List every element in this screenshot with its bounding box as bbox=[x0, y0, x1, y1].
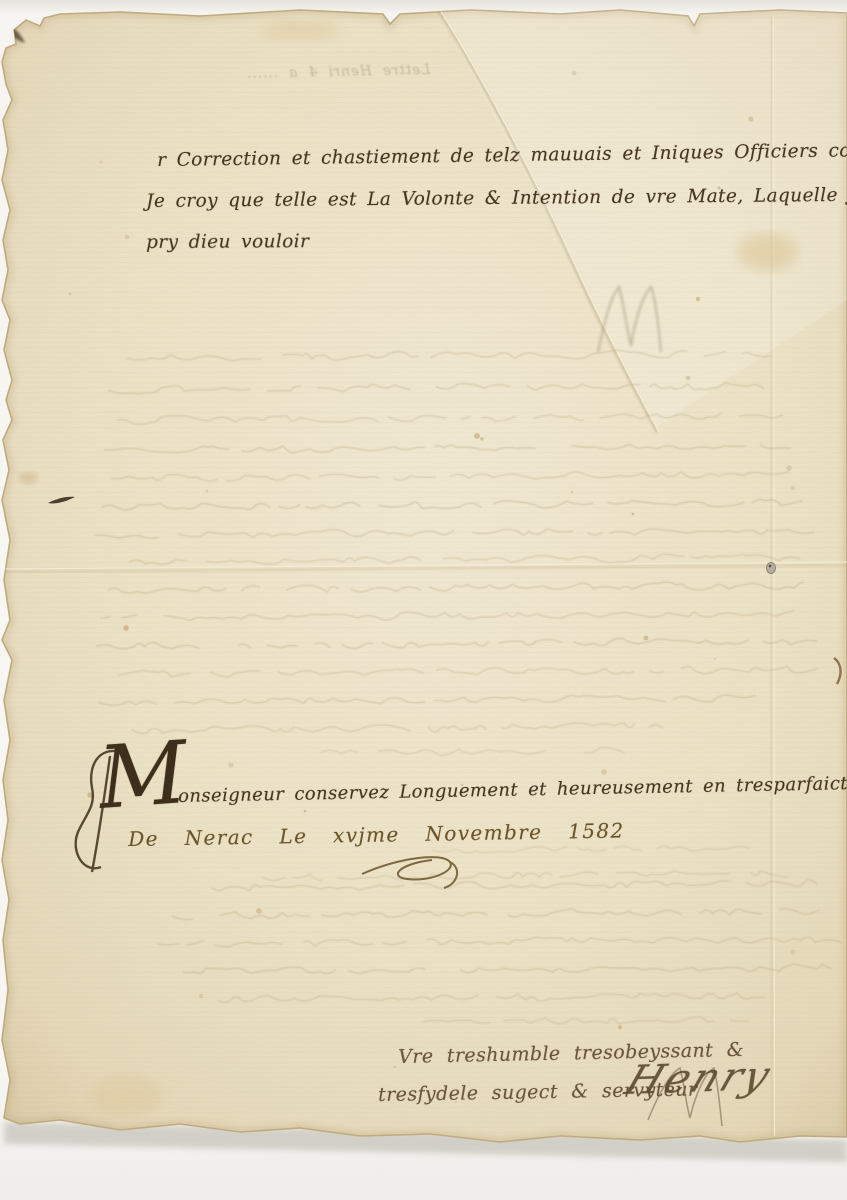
manuscript-line-3: pry dieu vouloir bbox=[146, 231, 309, 253]
scanned-letter-page: Lettre Henri 4 a ...... r Correction et … bbox=[0, 0, 847, 1200]
stain bbox=[19, 472, 37, 484]
closing-monogram: M bbox=[96, 730, 190, 822]
stain bbox=[260, 20, 340, 40]
signature: Henry bbox=[619, 1053, 779, 1104]
fold-hole-speck bbox=[769, 565, 772, 568]
stain bbox=[92, 1076, 164, 1116]
stain bbox=[738, 233, 798, 271]
paper-artwork bbox=[0, 0, 847, 1200]
fold-hole bbox=[767, 563, 776, 574]
